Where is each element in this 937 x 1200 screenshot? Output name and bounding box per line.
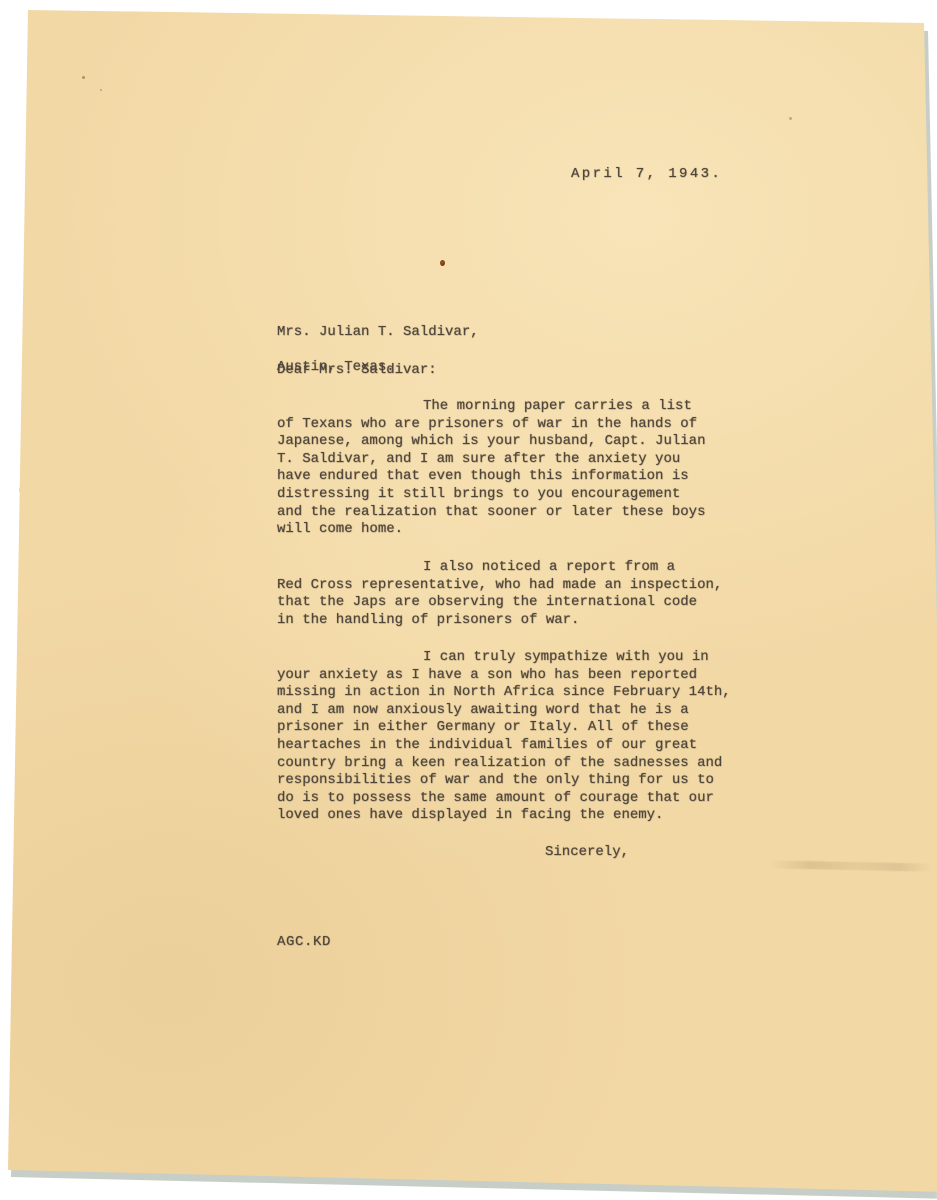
recipient-name-line: Mrs. Julian T. Saldivar, bbox=[277, 324, 479, 342]
paper-fleck bbox=[100, 89, 102, 91]
paper-edge-mark bbox=[15, 412, 19, 419]
body-paragraph-2: I also noticed a report from a Red Cross… bbox=[277, 559, 759, 629]
paper-edge-mark bbox=[17, 487, 20, 492]
paper-fleck bbox=[82, 76, 85, 79]
typist-reference-initials: AGC.KD bbox=[277, 934, 331, 952]
salutation: Dear Mrs. Saldivar: bbox=[277, 362, 437, 380]
paper-crease bbox=[770, 860, 932, 871]
ink-speck bbox=[440, 260, 445, 266]
closing-sincerely: Sincerely, bbox=[545, 844, 629, 862]
letter-paper: April 7, 1943. Mrs. Julian T. Saldivar, … bbox=[0, 0, 937, 1200]
paper-fleck bbox=[789, 117, 792, 120]
letter-date: April 7, 1943. bbox=[571, 166, 722, 184]
scan-background: April 7, 1943. Mrs. Julian T. Saldivar, … bbox=[0, 0, 937, 1200]
body-paragraph-3: I can truly sympathize with you in your … bbox=[277, 649, 759, 825]
body-paragraph-1: The morning paper carries a list of Texa… bbox=[277, 398, 759, 539]
recipient-address: Mrs. Julian T. Saldivar, Austin, Texas. bbox=[277, 306, 479, 394]
